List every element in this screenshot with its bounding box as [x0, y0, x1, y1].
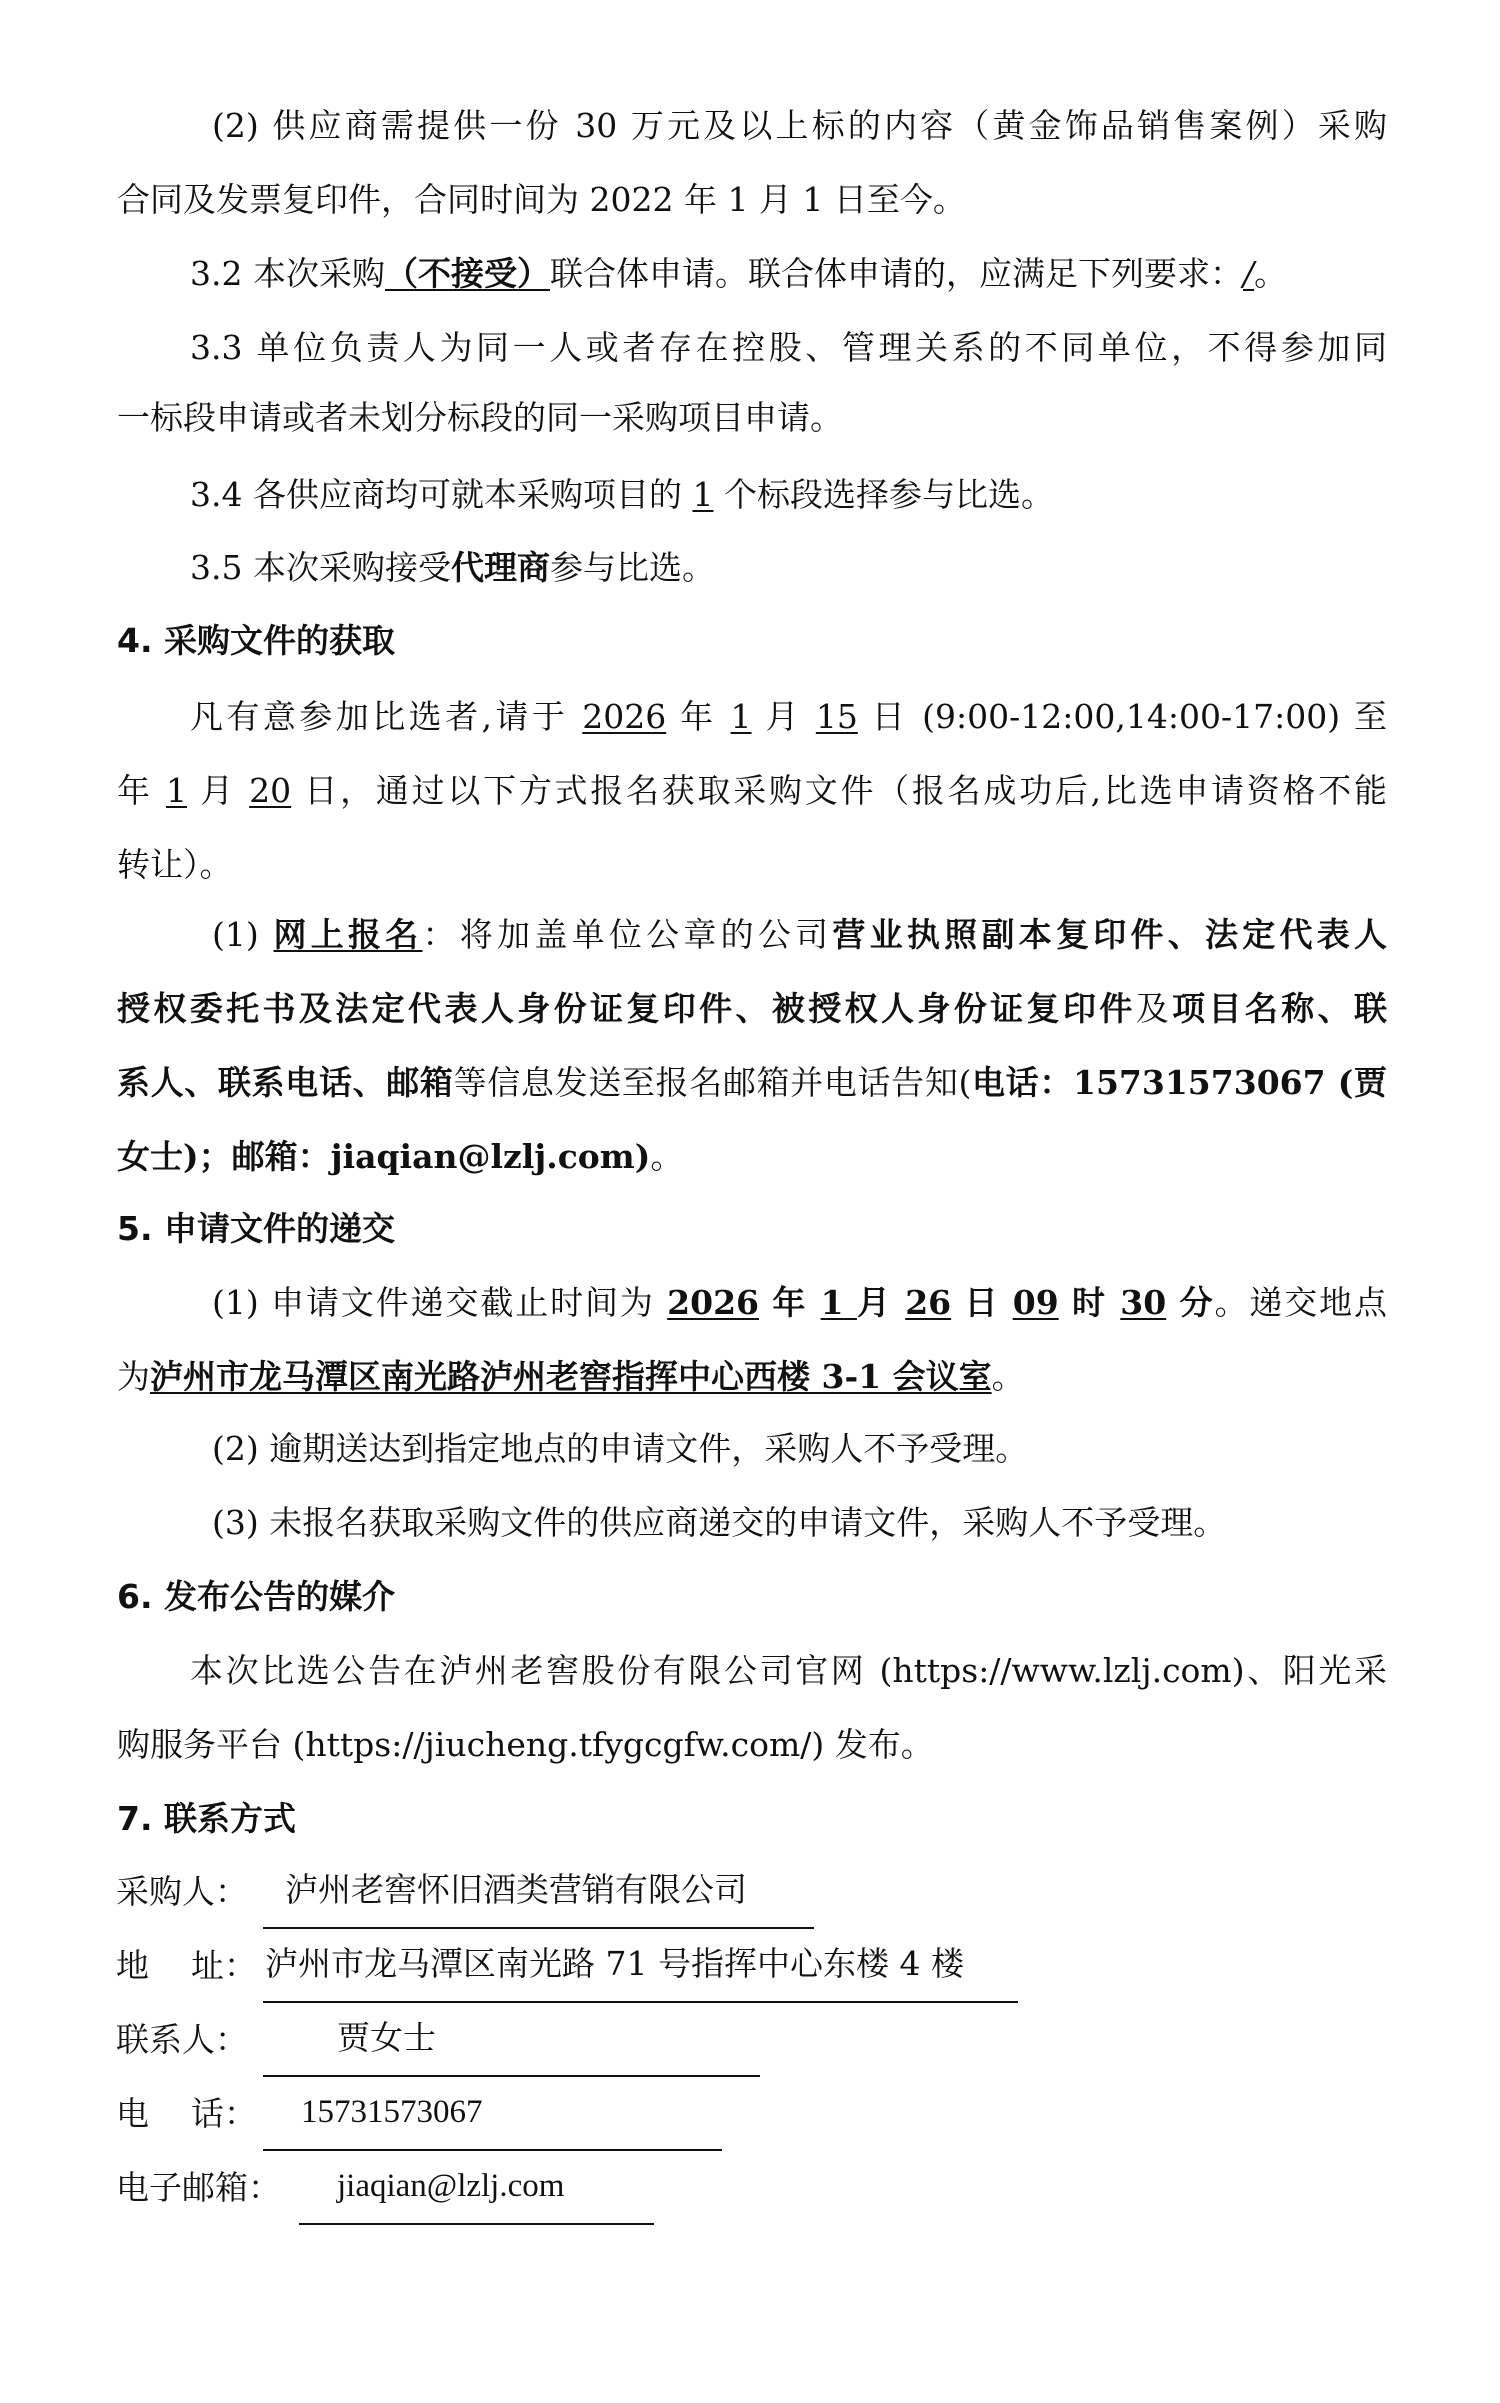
text: 3.4 各供应商均可就本采购项目的	[190, 475, 692, 514]
clause-3-3-cont: 一标段申请或者未划分标段的同一采购项目申请。	[117, 381, 1387, 455]
text: ：将加盖单位公章的公司	[423, 915, 833, 954]
text: 本次比选公告在泸州老窖股份有限公司官网 (https://www.lzlj.co…	[190, 1651, 1387, 1690]
text: 参与比选。	[550, 548, 715, 587]
text: 凡有意参加比选者,请于	[190, 697, 582, 736]
agent-term: 代理商	[451, 548, 550, 587]
text: 3.3 单位负责人为同一人或者存在控股、管理关系的不同单位，不得参加同	[190, 328, 1387, 367]
section-5-heading: 5. 申请文件的递交	[117, 1192, 1387, 1266]
start-day: 15	[816, 697, 858, 736]
phone-label: 电 话：	[116, 2077, 257, 2151]
registration-period-cont: 年 1 月 20 日，通过以下方式报名获取采购文件（报名成功后,比选申请资格不能	[117, 754, 1387, 828]
paragraph-supplier-case: (2) 供应商需提供一份 30 万元及以上标的内容（黄金饰品销售案例）采购	[212, 89, 1387, 163]
text: 等信息发送至报名邮箱并电话告知(	[454, 1063, 972, 1102]
text: (1) 申请文件递交截止时间为	[212, 1283, 667, 1322]
clause-3-5: 3.5 本次采购接受代理商参与比选。	[190, 531, 1387, 605]
unregistered-rule: (3) 未报名获取采购文件的供应商递交的申请文件，采购人不予受理。	[212, 1486, 1387, 1560]
text: 年	[666, 697, 730, 736]
section-7-heading: 7. 联系方式	[117, 1782, 1387, 1856]
text: 。	[992, 1357, 1025, 1396]
text: 个标段选择参与比选。	[713, 475, 1054, 514]
online-registration-l4: 女士)；邮箱：jiaqian@lzlj.com)。	[117, 1120, 1387, 1194]
required-docs: 授权委托书及法定代表人身份证复印件、被授权人身份证复印件	[117, 989, 1136, 1028]
text: 。	[1254, 254, 1287, 293]
required-info: 系人、联系电话、邮箱	[117, 1063, 454, 1102]
deadline-day: 26	[905, 1283, 951, 1322]
required-info: 项目名称、联	[1172, 989, 1387, 1028]
deadline-hour: 09	[1013, 1283, 1059, 1322]
purchaser-label: 采购人：	[116, 1855, 248, 1929]
text: 月	[187, 771, 249, 810]
text: 分	[1166, 1283, 1214, 1322]
submission-deadline: (1) 申请文件递交截止时间为 2026 年 1 月 26 日 09 时 30 …	[212, 1266, 1387, 1340]
address-value: 泸州市龙马潭区南光路 71 号指挥中心东楼 4 楼	[263, 1929, 1018, 2003]
text: 日，通过以下方式报名获取采购文件（报名成功后,比选申请资格不能	[291, 771, 1387, 810]
text: (1)	[212, 915, 274, 954]
requirements-value: /	[1243, 254, 1254, 293]
online-registration-l3: 系人、联系电话、邮箱等信息发送至报名邮箱并电话告知(电话：15731573067…	[117, 1046, 1387, 1120]
end-day: 20	[249, 771, 291, 810]
purchaser-value: 泸州老窖怀旧酒类营销有限公司	[263, 1855, 814, 1929]
section-6-heading: 6. 发布公告的媒介	[117, 1560, 1387, 1634]
registration-period: 凡有意参加比选者,请于 2026 年 1 月 15 日 (9:00-12:00,…	[190, 680, 1387, 754]
section-4-heading: 4. 采购文件的获取	[117, 604, 1387, 678]
text: 合同及发票复印件，合同时间为 2022 年 1 月 1 日至今。	[117, 180, 966, 219]
text: 月	[752, 697, 816, 736]
text: 时	[1059, 1283, 1121, 1322]
consortium-status: （不接受）	[385, 254, 550, 293]
clause-3-2: 3.2 本次采购（不接受）联合体申请。联合体申请的，应满足下列要求：/。	[190, 237, 1387, 311]
online-registration-l2: 授权委托书及法定代表人身份证复印件、被授权人身份证复印件及项目名称、联	[117, 972, 1387, 1046]
contact-phone: 电话：15731573067 (贾	[971, 1063, 1387, 1102]
start-year: 2026	[582, 697, 666, 736]
text: 年	[117, 771, 166, 810]
text: 。	[650, 1137, 683, 1176]
clause-3-3: 3.3 单位负责人为同一人或者存在控股、管理关系的不同单位，不得参加同	[190, 311, 1387, 385]
contact-person-label: 联系人：	[116, 2003, 248, 2077]
clause-3-4: 3.4 各供应商均可就本采购项目的 1 个标段选择参与比选。	[190, 458, 1387, 532]
paragraph-contract-date: 合同及发票复印件，合同时间为 2022 年 1 月 1 日至今。	[117, 163, 1387, 237]
phone-value: 15731573067	[263, 2077, 722, 2151]
contact-person-value: 贾女士	[263, 2003, 760, 2077]
text: 月	[857, 1283, 905, 1322]
start-month: 1	[731, 697, 752, 736]
email-value[interactable]: jiaqian@lzlj.com	[299, 2151, 654, 2225]
contact-email: 女士)；邮箱：jiaqian@lzlj.com)	[117, 1137, 650, 1176]
deadline-minute: 30	[1120, 1283, 1166, 1322]
late-submission-rule: (2) 逾期送达到指定地点的申请文件，采购人不予受理。	[212, 1412, 1387, 1486]
publication-media-cont: 购服务平台 (https://jiucheng.tfygcgfw.com/) 发…	[117, 1708, 1387, 1782]
registration-period-end: 转让）。	[117, 828, 1387, 902]
text: 3.2 本次采购	[190, 254, 385, 293]
publication-media: 本次比选公告在泸州老窖股份有限公司官网 (https://www.lzlj.co…	[190, 1634, 1387, 1708]
text: 日	[951, 1283, 1013, 1322]
text: 年	[759, 1283, 821, 1322]
text: 联合体申请。联合体申请的，应满足下列要求：	[550, 254, 1243, 293]
text: (2) 供应商需提供一份 30 万元及以上标的内容（黄金饰品销售案例）采购	[212, 106, 1387, 145]
online-registration-label: 网上报名	[274, 915, 423, 954]
text: 3.5 本次采购接受	[190, 548, 451, 587]
text: 及	[1136, 989, 1172, 1028]
deadline-year: 2026	[667, 1283, 759, 1322]
submission-location: 为泸州市龙马潭区南光路泸州老窖指挥中心西楼 3-1 会议室。	[117, 1340, 1387, 1414]
document-page: (2) 供应商需提供一份 30 万元及以上标的内容（黄金饰品销售案例）采购 合同…	[0, 0, 1500, 2403]
text: 为	[117, 1357, 150, 1396]
deadline-month: 1	[821, 1283, 857, 1322]
address-label: 地 址：	[116, 1929, 257, 2003]
text: 一标段申请或者未划分标段的同一采购项目申请。	[117, 398, 843, 437]
required-docs: 营业执照副本复印件、法定代表人	[832, 915, 1387, 954]
online-registration: (1) 网上报名：将加盖单位公章的公司营业执照副本复印件、法定代表人	[212, 898, 1387, 972]
end-month: 1	[166, 771, 187, 810]
email-label: 电子邮箱：	[116, 2151, 281, 2225]
lot-count: 1	[692, 475, 713, 514]
submission-place: 泸州市龙马潭区南光路泸州老窖指挥中心西楼 3-1 会议室	[150, 1357, 992, 1396]
text: 日 (9:00-12:00,14:00-17:00) 至	[858, 697, 1387, 736]
text: 。递交地点	[1214, 1283, 1387, 1322]
